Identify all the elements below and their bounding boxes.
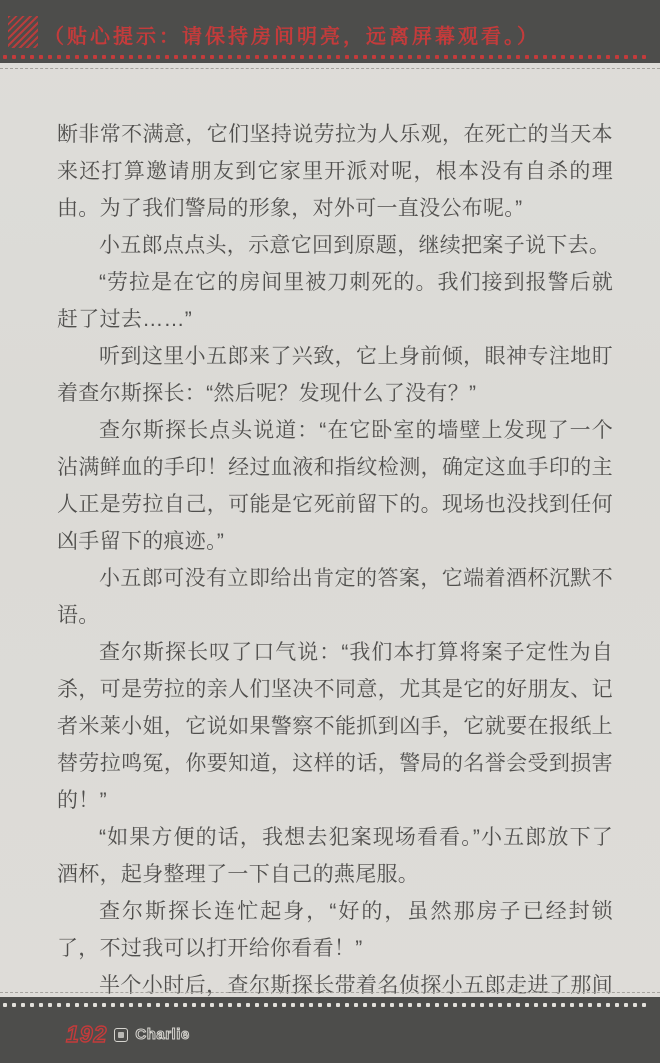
dot bbox=[327, 1003, 331, 1007]
dot bbox=[102, 1003, 106, 1007]
dot bbox=[507, 55, 511, 59]
dot bbox=[354, 55, 358, 59]
dot bbox=[327, 55, 331, 59]
dot bbox=[507, 1003, 511, 1007]
dot bbox=[183, 1003, 187, 1007]
dot bbox=[579, 1003, 583, 1007]
dot bbox=[345, 1003, 349, 1007]
dot bbox=[30, 55, 34, 59]
dot bbox=[570, 1003, 574, 1007]
dot bbox=[480, 1003, 484, 1007]
brand-name: Charlie bbox=[135, 1026, 189, 1043]
dot bbox=[336, 1003, 340, 1007]
dot bbox=[165, 55, 169, 59]
dot bbox=[633, 55, 637, 59]
dot bbox=[12, 1003, 16, 1007]
paragraph: 小五郎可没有立即给出肯定的答案，它端着酒杯沉默不语。 bbox=[57, 560, 613, 634]
dot bbox=[30, 1003, 34, 1007]
filmstrip-dots-top bbox=[3, 55, 660, 59]
dot bbox=[273, 1003, 277, 1007]
dot bbox=[543, 1003, 547, 1007]
dot bbox=[264, 55, 268, 59]
dot bbox=[21, 1003, 25, 1007]
dot bbox=[237, 55, 241, 59]
dot bbox=[408, 1003, 412, 1007]
dot bbox=[291, 1003, 295, 1007]
dot bbox=[543, 55, 547, 59]
dot bbox=[525, 55, 529, 59]
dot bbox=[138, 1003, 142, 1007]
dot bbox=[210, 1003, 214, 1007]
dot bbox=[534, 1003, 538, 1007]
dot bbox=[570, 55, 574, 59]
dot bbox=[264, 1003, 268, 1007]
dot bbox=[471, 1003, 475, 1007]
dot bbox=[120, 55, 124, 59]
dot bbox=[363, 55, 367, 59]
dot bbox=[453, 1003, 457, 1007]
dot bbox=[48, 1003, 52, 1007]
dot bbox=[354, 1003, 358, 1007]
dot bbox=[498, 1003, 502, 1007]
dot bbox=[192, 1003, 196, 1007]
dot bbox=[381, 1003, 385, 1007]
dot bbox=[129, 55, 133, 59]
dot bbox=[210, 55, 214, 59]
dot bbox=[228, 55, 232, 59]
divider-bottom bbox=[0, 992, 660, 993]
dot bbox=[426, 55, 430, 59]
dot bbox=[462, 55, 466, 59]
dot bbox=[633, 1003, 637, 1007]
dot bbox=[498, 55, 502, 59]
dot bbox=[489, 55, 493, 59]
dot bbox=[345, 55, 349, 59]
dot bbox=[102, 55, 106, 59]
dot bbox=[309, 55, 313, 59]
dot bbox=[282, 1003, 286, 1007]
dot bbox=[417, 55, 421, 59]
dot bbox=[129, 1003, 133, 1007]
dot bbox=[390, 1003, 394, 1007]
dot bbox=[615, 55, 619, 59]
tip-text: （贴心提示：请保持房间明亮，远离屏幕观看。） bbox=[44, 20, 540, 49]
dot bbox=[552, 55, 556, 59]
dot bbox=[291, 55, 295, 59]
paragraph: “劳拉是在它的房间里被刀刺死的。我们接到报警后就赶了过去……” bbox=[57, 264, 613, 338]
dot bbox=[435, 1003, 439, 1007]
dot bbox=[57, 55, 61, 59]
footer-bar: 192 Charlie bbox=[0, 997, 660, 1063]
dot bbox=[597, 1003, 601, 1007]
dot bbox=[516, 1003, 520, 1007]
dot bbox=[174, 55, 178, 59]
dot bbox=[552, 1003, 556, 1007]
dot bbox=[606, 1003, 610, 1007]
dot bbox=[363, 1003, 367, 1007]
dot bbox=[174, 1003, 178, 1007]
dot bbox=[282, 55, 286, 59]
dot bbox=[3, 1003, 7, 1007]
dot bbox=[300, 55, 304, 59]
dot bbox=[408, 55, 412, 59]
dot bbox=[39, 55, 43, 59]
dot bbox=[21, 55, 25, 59]
dot bbox=[93, 55, 97, 59]
dot bbox=[444, 1003, 448, 1007]
dot bbox=[453, 55, 457, 59]
dot bbox=[3, 55, 7, 59]
dot bbox=[318, 1003, 322, 1007]
page-number: 192 bbox=[66, 1021, 107, 1048]
dot bbox=[525, 1003, 529, 1007]
dot bbox=[147, 1003, 151, 1007]
dot bbox=[381, 55, 385, 59]
dot bbox=[399, 55, 403, 59]
dot bbox=[606, 55, 610, 59]
dot bbox=[192, 55, 196, 59]
dot bbox=[579, 55, 583, 59]
dot bbox=[201, 55, 205, 59]
divider-top bbox=[0, 68, 660, 69]
dot bbox=[57, 1003, 61, 1007]
dot bbox=[66, 55, 70, 59]
dot bbox=[372, 55, 376, 59]
paragraph: 查尔斯探长叹了口气说：“我们本打算将案子定性为自杀，可是劳拉的亲人们坚决不同意，… bbox=[57, 634, 613, 819]
dot bbox=[246, 55, 250, 59]
dot bbox=[84, 55, 88, 59]
dot bbox=[93, 1003, 97, 1007]
dot bbox=[183, 55, 187, 59]
dot bbox=[390, 55, 394, 59]
dot bbox=[219, 1003, 223, 1007]
dot bbox=[489, 1003, 493, 1007]
dot bbox=[39, 1003, 43, 1007]
dot bbox=[624, 55, 628, 59]
dot bbox=[228, 1003, 232, 1007]
dot bbox=[561, 1003, 565, 1007]
paragraph-container: 断非常不满意，它们坚持说劳拉为人乐观，在死亡的当天本来还打算邀请朋友到它家里开派… bbox=[57, 116, 613, 1041]
dot bbox=[237, 1003, 241, 1007]
dot bbox=[201, 1003, 205, 1007]
dot bbox=[111, 1003, 115, 1007]
dot bbox=[336, 55, 340, 59]
hatch-pattern-icon bbox=[8, 16, 38, 48]
dot bbox=[426, 1003, 430, 1007]
dot bbox=[156, 1003, 160, 1007]
dot bbox=[318, 55, 322, 59]
dot bbox=[12, 55, 16, 59]
dot bbox=[219, 55, 223, 59]
dot bbox=[417, 1003, 421, 1007]
dot bbox=[147, 55, 151, 59]
paragraph: 小五郎点点头，示意它回到原题，继续把案子说下去。 bbox=[57, 227, 613, 264]
dot bbox=[273, 55, 277, 59]
paragraph: 听到这里小五郎来了兴致，它上身前倾，眼神专注地盯着查尔斯探长：“然后呢？发现什么… bbox=[57, 338, 613, 412]
dot bbox=[642, 55, 646, 59]
dot bbox=[516, 55, 520, 59]
filmstrip-dots-bottom bbox=[3, 1003, 660, 1007]
dot bbox=[246, 1003, 250, 1007]
ebook-reader-screen: （贴心提示：请保持房间明亮，远离屏幕观看。） 断非常不满意，它们坚持说劳拉为人乐… bbox=[0, 0, 660, 1063]
dot bbox=[471, 55, 475, 59]
paragraph: 断非常不满意，它们坚持说劳拉为人乐观，在死亡的当天本来还打算邀请朋友到它家里开派… bbox=[57, 116, 613, 227]
dot bbox=[255, 1003, 259, 1007]
dot bbox=[75, 1003, 79, 1007]
dot bbox=[480, 55, 484, 59]
dot bbox=[588, 1003, 592, 1007]
dot bbox=[435, 55, 439, 59]
paragraph: “如果方便的话，我想去犯案现场看看。”小五郎放下了酒杯，起身整理了一下自己的燕尾… bbox=[57, 819, 613, 893]
dot bbox=[111, 55, 115, 59]
dot bbox=[615, 1003, 619, 1007]
dot bbox=[462, 1003, 466, 1007]
dot bbox=[372, 1003, 376, 1007]
dot bbox=[300, 1003, 304, 1007]
dot bbox=[75, 55, 79, 59]
dot bbox=[588, 55, 592, 59]
dot bbox=[642, 1003, 646, 1007]
paragraph: 查尔斯探长点头说道：“在它卧室的墙壁上发现了一个沾满鲜血的手印！经过血液和指纹检… bbox=[57, 412, 613, 560]
dot bbox=[138, 55, 142, 59]
dot bbox=[597, 55, 601, 59]
charlie-logo-icon bbox=[114, 1028, 128, 1042]
dot bbox=[444, 55, 448, 59]
dot bbox=[84, 1003, 88, 1007]
dot bbox=[309, 1003, 313, 1007]
dot bbox=[399, 1003, 403, 1007]
dot bbox=[624, 1003, 628, 1007]
tip-bar: （贴心提示：请保持房间明亮，远离屏幕观看。） bbox=[0, 0, 660, 63]
paragraph: 查尔斯探长连忙起身，“好的，虽然那房子已经封锁了，不过我可以打开给你看看！” bbox=[57, 893, 613, 967]
dot bbox=[66, 1003, 70, 1007]
dot bbox=[48, 55, 52, 59]
dot bbox=[561, 55, 565, 59]
dot bbox=[156, 55, 160, 59]
dot bbox=[255, 55, 259, 59]
dot bbox=[534, 55, 538, 59]
footer-brand-row: 192 Charlie bbox=[66, 1021, 190, 1048]
book-page: 断非常不满意，它们坚持说劳拉为人乐观，在死亡的当天本来还打算邀请朋友到它家里开派… bbox=[57, 116, 613, 1041]
dot bbox=[165, 1003, 169, 1007]
dot bbox=[120, 1003, 124, 1007]
